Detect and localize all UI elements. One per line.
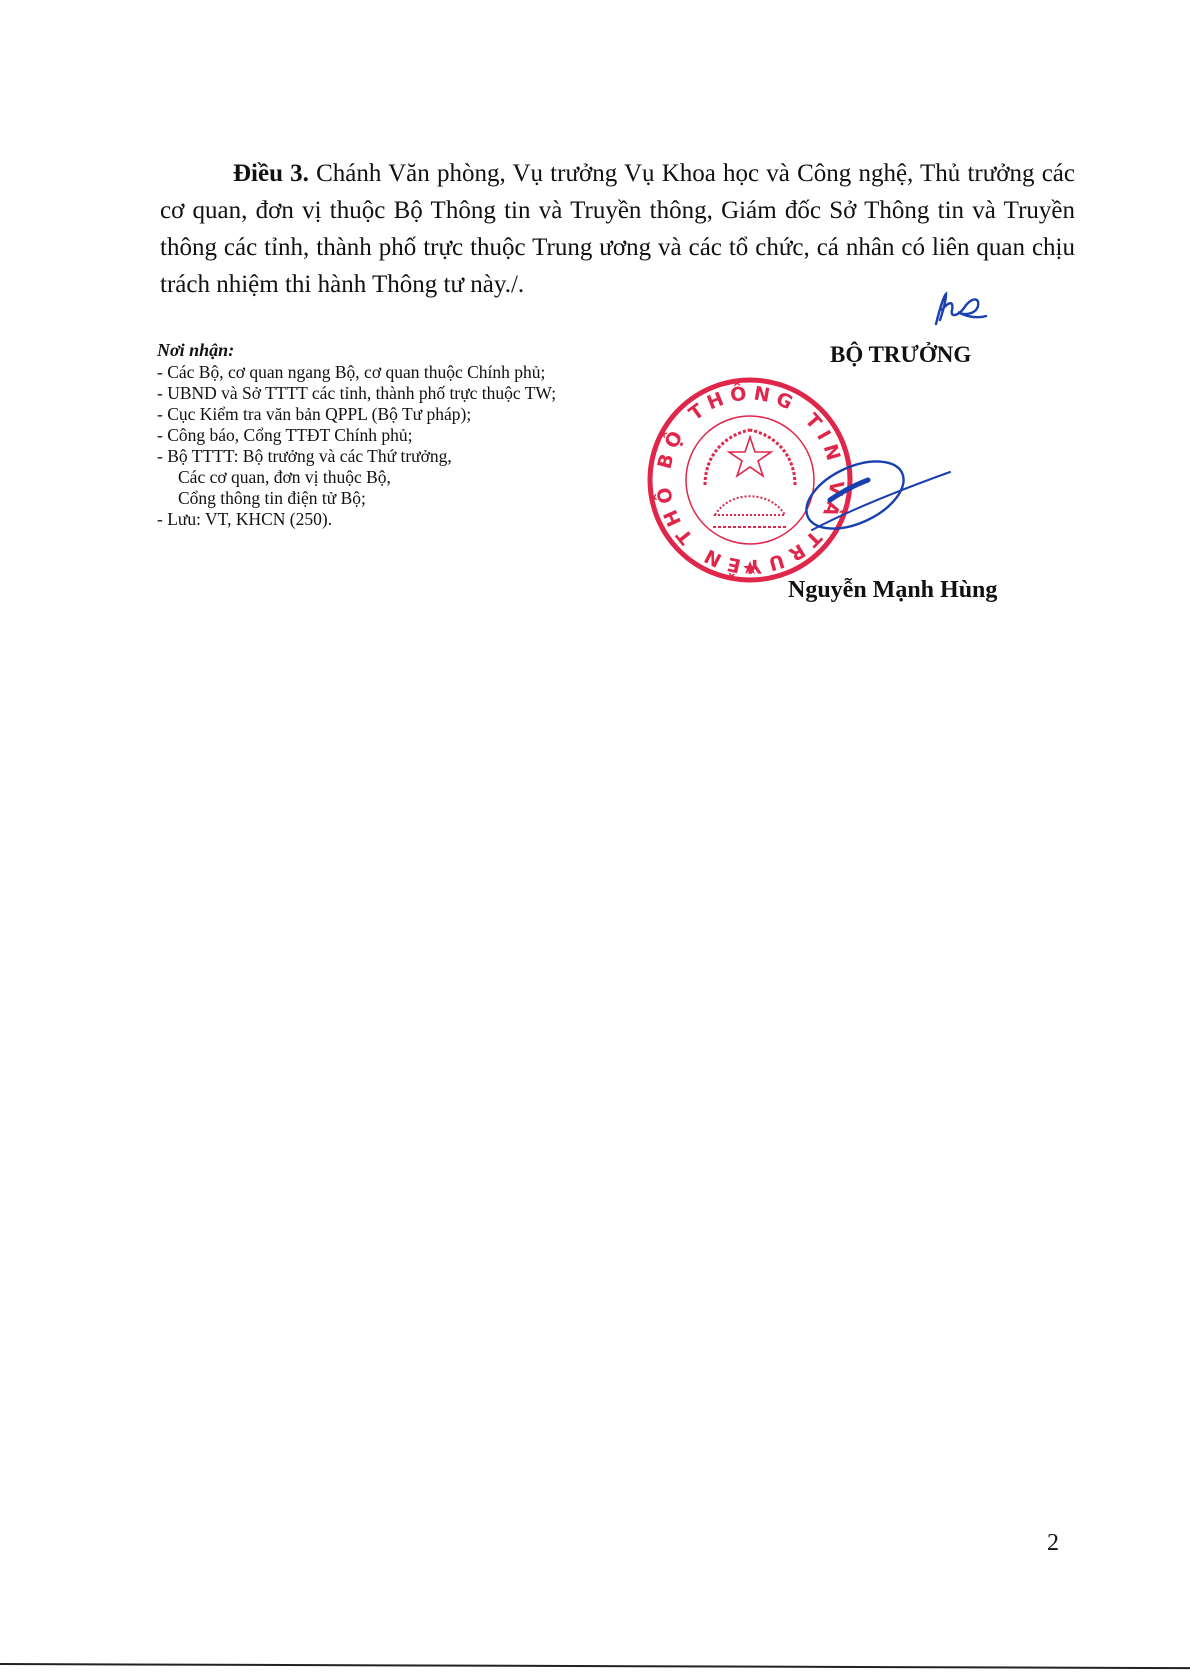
recipient-item: - UBND và Sở TTTT các tỉnh, thành phố tr… — [157, 383, 677, 404]
recipient-item-continuation: Các cơ quan, đơn vị thuộc Bộ, — [157, 467, 677, 488]
article-3: Điều 3. Chánh Văn phòng, Vụ trưởng Vụ Kh… — [160, 155, 1075, 303]
recipient-item: - Công báo, Cổng TTĐT Chính phủ; — [157, 425, 677, 446]
initials-mark — [928, 288, 988, 328]
recipient-item: - Cục Kiểm tra văn bản QPPL (Bộ Tư pháp)… — [157, 404, 677, 425]
signer-title: BỘ TRƯỞNG — [830, 342, 971, 368]
bottom-rule — [0, 1663, 1190, 1669]
handwritten-signature — [800, 450, 960, 560]
recipients-block: Nơi nhận: - Các Bộ, cơ quan ngang Bộ, cơ… — [157, 340, 677, 530]
page-number: 2 — [1047, 1530, 1059, 1557]
recipient-item: - Lưu: VT, KHCN (250). — [157, 509, 677, 530]
recipient-item-continuation: Cổng thông tin điện tử Bộ; — [157, 488, 677, 509]
recipient-item: - Bộ TTTT: Bộ trưởng và các Thứ trưởng, — [157, 446, 677, 467]
signer-name: Nguyễn Mạnh Hùng — [788, 577, 997, 604]
recipient-item: - Các Bộ, cơ quan ngang Bộ, cơ quan thuộ… — [157, 362, 677, 383]
article-heading: Điều 3. — [233, 160, 309, 187]
recipients-title: Nơi nhận: — [157, 340, 677, 361]
